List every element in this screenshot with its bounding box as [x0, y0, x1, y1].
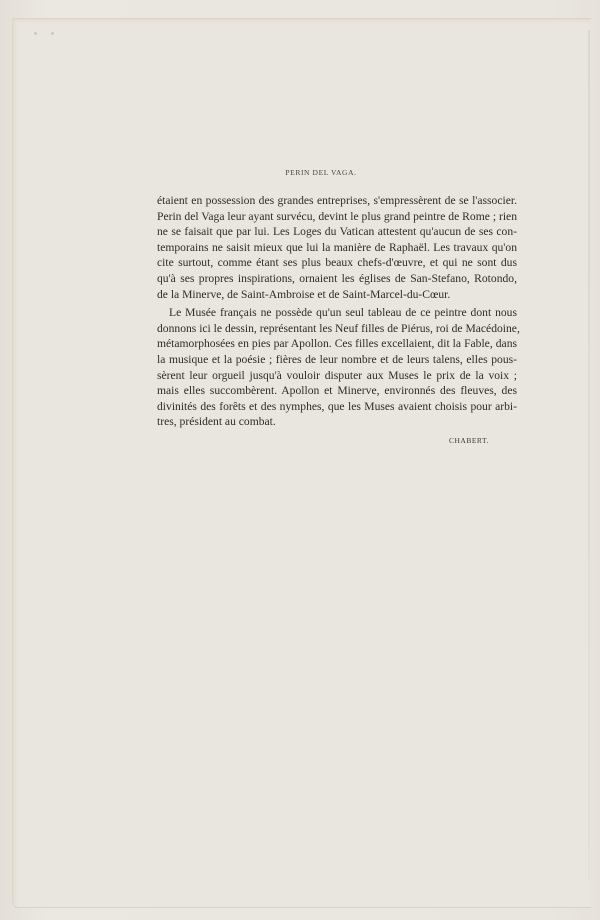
text-line: la musique et la poésie ; fières de leur… — [157, 352, 517, 368]
text-line: qu'à ses propres inspirations, ornaient … — [157, 271, 517, 287]
paragraph-1: étaient en possession des grandes entrep… — [157, 193, 517, 302]
text-line: métamorphosées en pies par Apollon. Ces … — [157, 336, 517, 352]
text-line: étaient en possession des grandes entrep… — [157, 193, 517, 209]
pin-mark — [34, 32, 37, 35]
text-line: divinités des forêts et des nymphes, que… — [157, 399, 517, 415]
running-head: PERIN DEL VAGA. — [0, 168, 600, 177]
text-line: Le Musée français ne possède qu'un seul … — [157, 305, 517, 321]
sheet-right-edge — [588, 30, 590, 880]
text-line: donnons ici le dessin, représentant les … — [157, 321, 517, 337]
text-line: cite surtout, comme étant ses plus beaux… — [157, 255, 517, 271]
paragraph-2: Le Musée français ne possède qu'un seul … — [157, 305, 517, 430]
text-line: tres, président au combat. — [157, 414, 517, 430]
text-line: sèrent leur orgueil jusqu'à vouloir disp… — [157, 368, 517, 384]
text-line: mais elles succombèrent. Apollon et Mine… — [157, 383, 517, 399]
text-line: de la Minerve, de Saint-Ambroise et de S… — [157, 287, 517, 303]
text-line: ne se faisait que par lui. Les Loges du … — [157, 224, 517, 240]
text-line: temporains ne saisit mieux que lui la ma… — [157, 240, 517, 256]
paper-sheet — [12, 18, 591, 908]
pin-mark — [51, 32, 54, 35]
text-line: Perin del Vaga leur ayant survécu, devin… — [157, 209, 517, 225]
body-text: étaient en possession des grandes entrep… — [157, 193, 517, 430]
author-signature: CHABERT. — [449, 436, 489, 445]
